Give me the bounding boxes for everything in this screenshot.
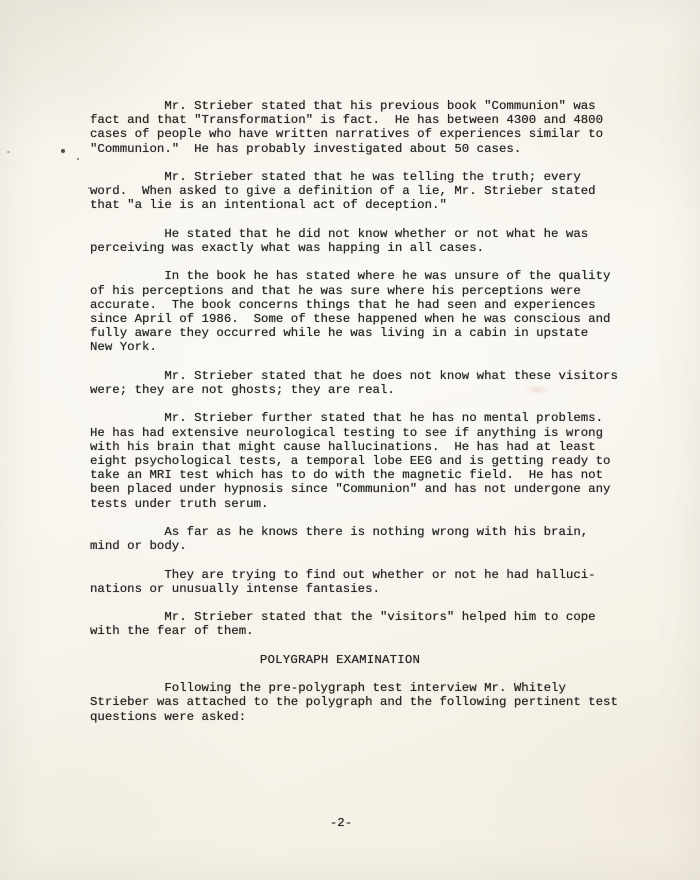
text-line: perceiving was exactly what was happing … — [90, 241, 624, 255]
paragraph: Mr. Strieber further stated that he has … — [90, 411, 624, 510]
paragraph: They are trying to find out whether or n… — [90, 568, 624, 596]
section-heading: POLYGRAPH EXAMINATION — [73, 653, 607, 667]
scan-speck — [7, 151, 10, 153]
text-line: They are trying to find out whether or n… — [90, 568, 624, 582]
scan-speck — [61, 149, 65, 153]
paragraph: Following the pre-polygraph test intervi… — [90, 681, 624, 724]
scan-smudge — [520, 383, 554, 396]
scan-speck — [88, 187, 90, 189]
paragraph: He stated that he did not know whether o… — [90, 227, 624, 255]
text-line: Mr. Strieber stated that the "visitors" … — [90, 610, 624, 624]
page-number: -2- — [0, 816, 691, 830]
text-line: that "a lie is an intentional act of dec… — [90, 198, 624, 212]
text-line: In the book he has stated where he was u… — [90, 269, 624, 283]
paragraph: Mr. Strieber stated that the "visitors" … — [90, 610, 624, 638]
text-line: He stated that he did not know whether o… — [90, 227, 624, 241]
paragraph: In the book he has stated where he was u… — [90, 269, 624, 354]
paragraph: Mr. Strieber stated that his previous bo… — [90, 99, 624, 156]
text-line: cases of people who have written narrati… — [90, 127, 624, 141]
text-line: questions were asked: — [90, 710, 624, 724]
text-line: nations or unusually intense fantasies. — [90, 582, 624, 596]
text-line: He has had extensive neurological testin… — [90, 426, 624, 440]
text-line: of his perceptions and that he was sure … — [90, 284, 624, 298]
scan-speck — [77, 158, 79, 160]
text-line: word. When asked to give a definition of… — [90, 184, 624, 198]
text-line: mind or body. — [90, 539, 624, 553]
text-line: fact and that "Transformation" is fact. … — [90, 113, 624, 127]
text-line: "Communion." He has probably investigate… — [90, 142, 624, 156]
text-line: New York. — [90, 340, 624, 354]
text-line: Strieber was attached to the polygraph a… — [90, 695, 624, 709]
text-line: Mr. Strieber stated that his previous bo… — [90, 99, 624, 113]
text-line: with the fear of them. — [90, 624, 624, 638]
text-line: tests under truth serum. — [90, 497, 624, 511]
scanned-document-page: Mr. Strieber stated that his previous bo… — [0, 0, 700, 880]
paragraph: Mr. Strieber stated that he was telling … — [90, 170, 624, 213]
document-text: Mr. Strieber stated that his previous bo… — [90, 99, 624, 724]
text-line: fully aware they occurred while he was l… — [90, 326, 624, 340]
text-line: take an MRI test which has to do with th… — [90, 468, 624, 482]
text-line: accurate. The book concerns things that … — [90, 298, 624, 312]
text-line: Mr. Strieber stated that he was telling … — [90, 170, 624, 184]
text-line: Mr. Strieber stated that he does not kno… — [90, 369, 624, 383]
text-line: As far as he knows there is nothing wron… — [90, 525, 624, 539]
text-line: eight psychological tests, a temporal lo… — [90, 454, 624, 468]
text-line: been placed under hypnosis since "Commun… — [90, 482, 624, 496]
paragraph: As far as he knows there is nothing wron… — [90, 525, 624, 553]
text-line: Following the pre-polygraph test intervi… — [90, 681, 624, 695]
text-line: with his brain that might cause hallucin… — [90, 440, 624, 454]
text-line: since April of 1986. Some of these happe… — [90, 312, 624, 326]
text-line: Mr. Strieber further stated that he has … — [90, 411, 624, 425]
